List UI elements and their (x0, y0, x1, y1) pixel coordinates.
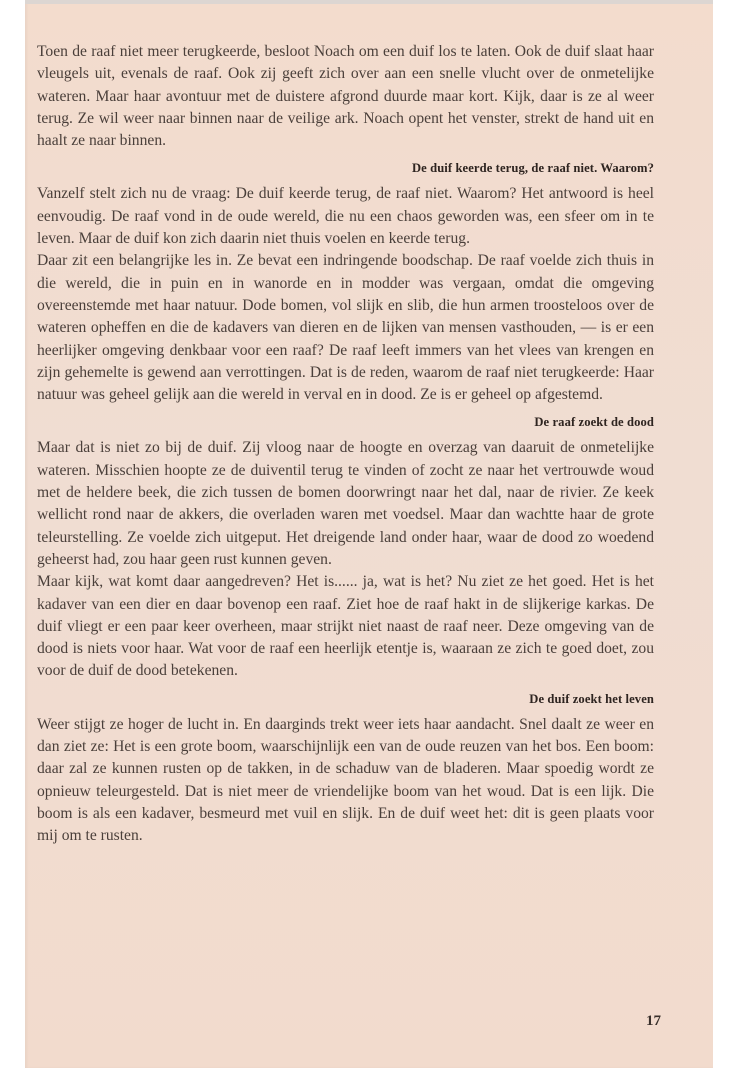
text-column: Toen de raaf niet meer terugkeerde, besl… (37, 41, 654, 848)
paragraph-les: Daar zit een belangrijke les in. Ze beva… (37, 250, 654, 406)
paragraph-intro: Toen de raaf niet meer terugkeerde, besl… (37, 41, 654, 152)
section-heading-raaf-zoekt-dood: De raaf zoekt de dood (37, 413, 654, 431)
section-heading-waarom: De duif keerde terug, de raaf niet. Waar… (37, 159, 654, 177)
book-page: Toen de raaf niet meer terugkeerde, besl… (25, 0, 713, 1068)
paragraph-vraag: Vanzelf stelt zich nu de vraag: De duif … (37, 183, 654, 250)
page-number: 17 (621, 1013, 661, 1030)
section-heading-duif-zoekt-leven: De duif zoekt het leven (37, 690, 654, 708)
paragraph-boom: Weer stijgt ze hoger de lucht in. En daa… (37, 714, 654, 848)
paragraph-duif-hoogte: Maar dat is niet zo bij de duif. Zij vlo… (37, 437, 654, 571)
paragraph-kadaver: Maar kijk, wat komt daar aangedreven? He… (37, 571, 654, 682)
